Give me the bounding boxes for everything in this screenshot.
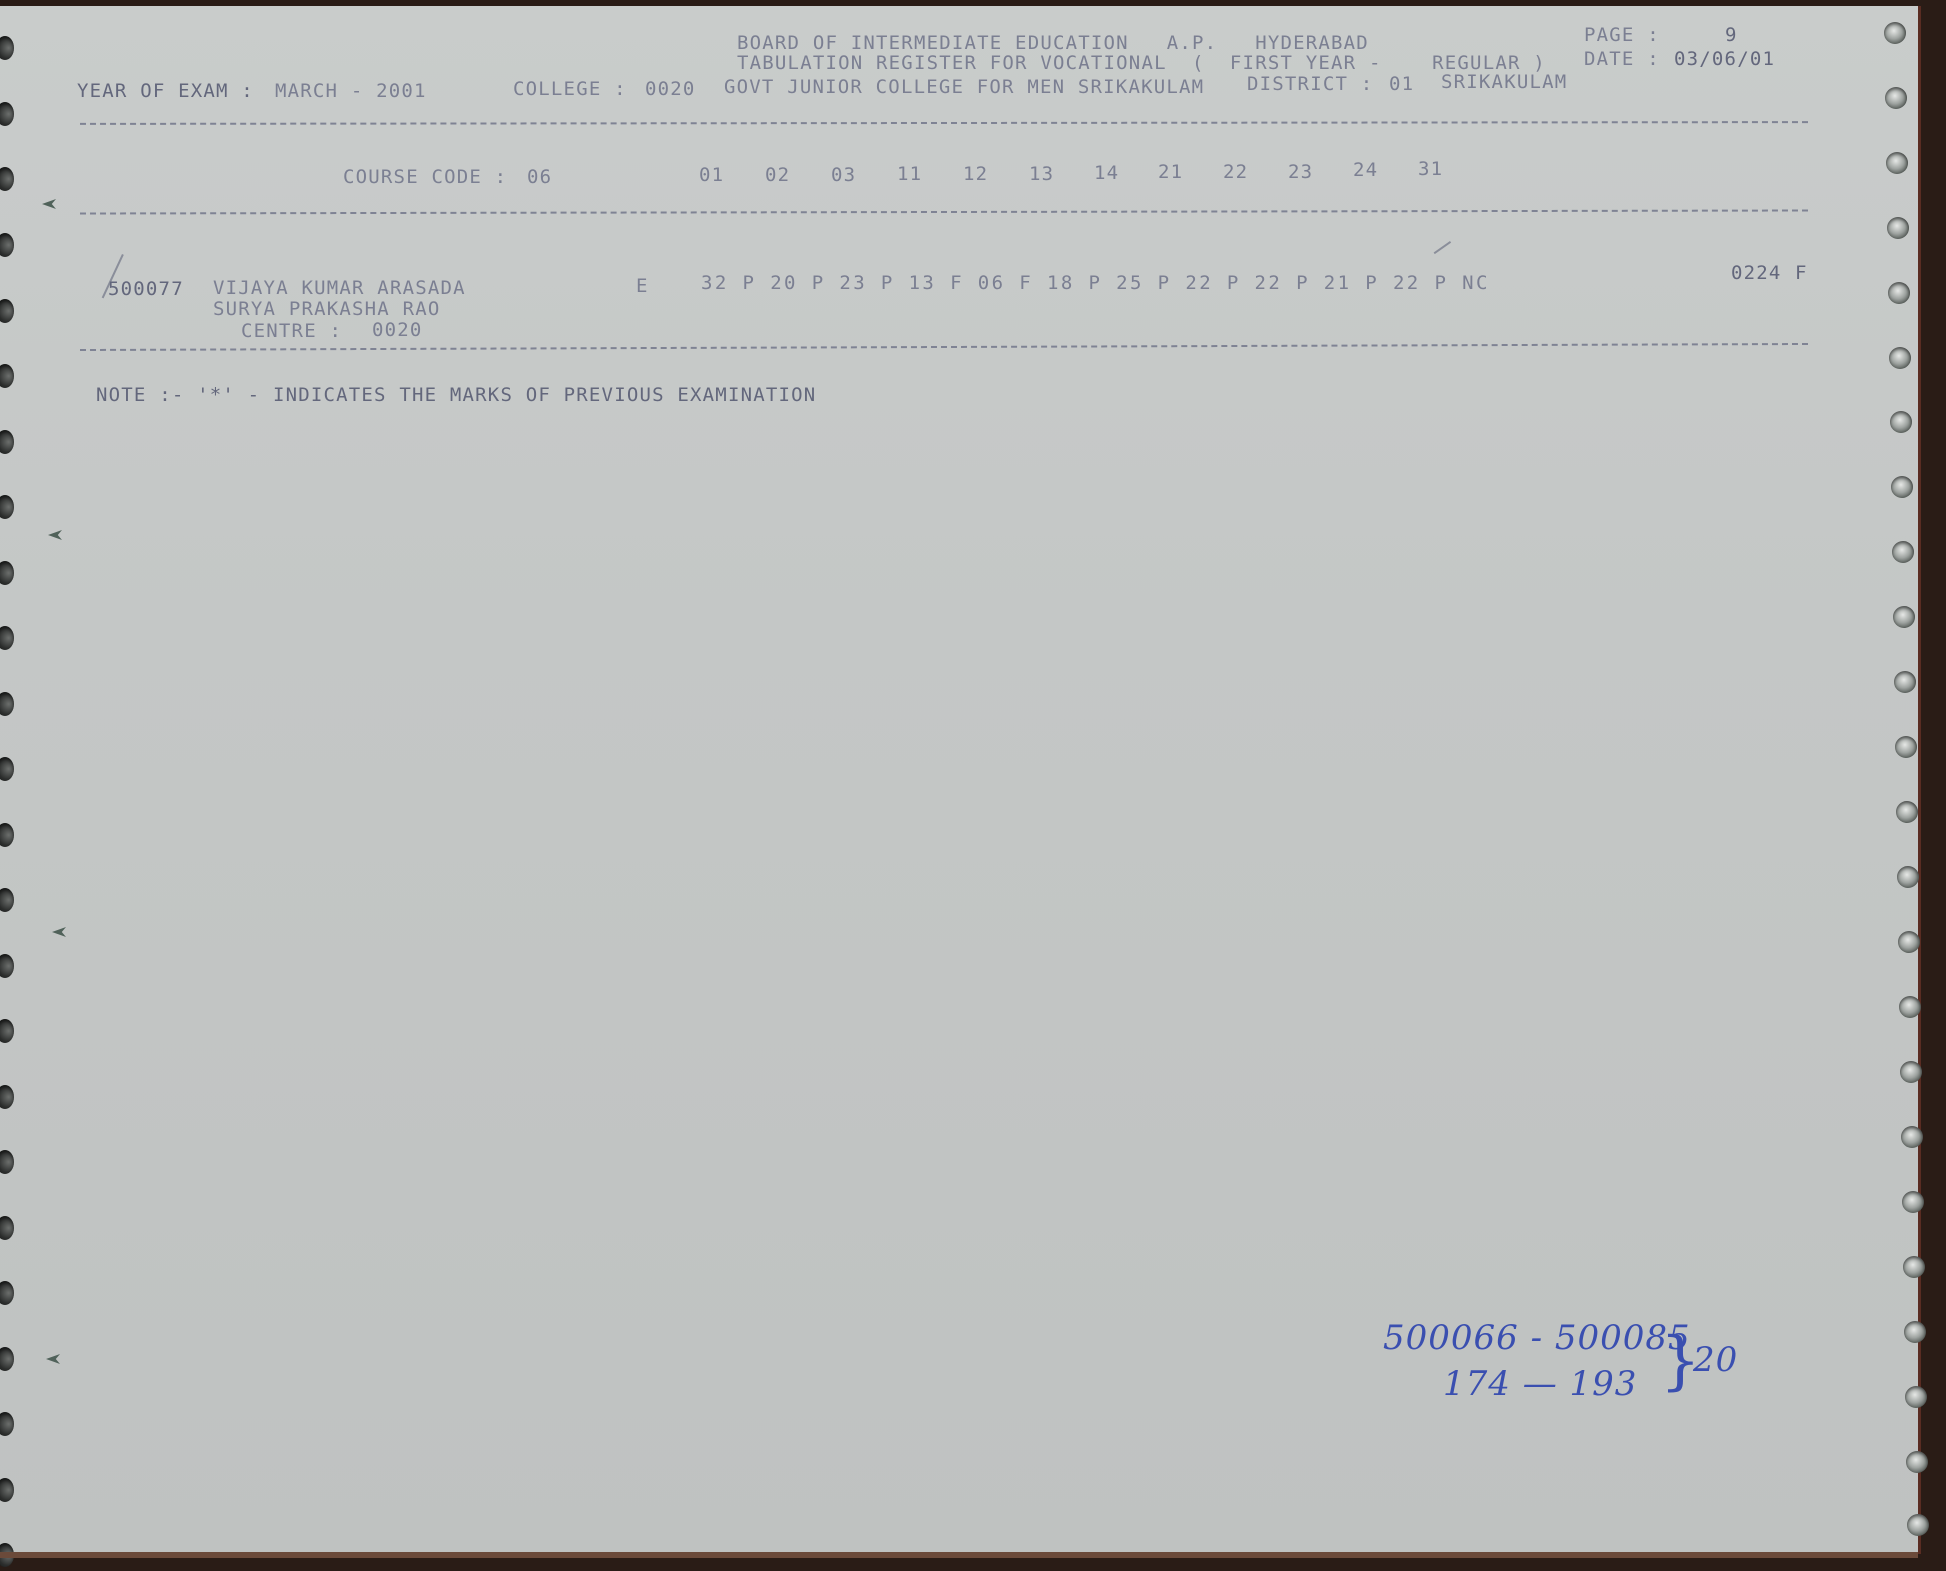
course-code-label: COURSE CODE :	[343, 166, 507, 188]
sprocket-hole	[1887, 217, 1909, 239]
sprocket-hole	[1904, 1321, 1926, 1343]
binder-pin	[48, 530, 62, 540]
page-number: 9	[1725, 24, 1738, 46]
subject-code: 01	[699, 164, 724, 186]
date-value: 03/06/01	[1674, 48, 1775, 70]
sprocket-hole	[0, 495, 14, 519]
district-label: DISTRICT :	[1247, 73, 1373, 95]
sprocket-hole	[1884, 22, 1906, 44]
handwritten-count: 20	[1693, 1340, 1738, 1380]
year-of-exam-value: MARCH - 2001	[275, 80, 427, 102]
subject-code: 31	[1418, 158, 1443, 180]
sprocket-hole	[1892, 541, 1914, 563]
college-code: 0020	[645, 78, 696, 100]
subject-code: 23	[1288, 161, 1313, 183]
sprocket-hole	[0, 299, 14, 323]
sprocket-hole	[1902, 1191, 1924, 1213]
sprocket-hole	[0, 1543, 14, 1567]
subject-code: 03	[831, 164, 856, 186]
subject-code: 24	[1353, 159, 1378, 181]
note-text: NOTE :- '*' - INDICATES THE MARKS OF PRE…	[96, 384, 816, 406]
sprocket-hole	[1905, 1386, 1927, 1408]
handwritten-range-line1: 500066 - 500085	[1383, 1318, 1691, 1358]
sprocket-hole	[1900, 1061, 1922, 1083]
sprocket-hole	[0, 954, 14, 978]
binder-pin	[52, 927, 66, 937]
pen-tick-mark	[1434, 241, 1452, 254]
sprocket-hole	[0, 1216, 14, 1240]
district-name: SRIKAKULAM	[1441, 71, 1567, 93]
total-marks: 0224	[1731, 262, 1782, 284]
date-label: DATE :	[1584, 48, 1660, 70]
handwritten-range-line2: 174 — 193	[1443, 1364, 1637, 1404]
sprocket-hole	[0, 1150, 14, 1174]
student-name: VIJAYA KUMAR ARASADA	[213, 277, 466, 299]
sprocket-hole	[1907, 1514, 1929, 1536]
sprocket-hole	[0, 1478, 14, 1502]
district-code: 01	[1389, 73, 1414, 95]
sprocket-hole	[1899, 996, 1921, 1018]
sprocket-hole	[0, 1412, 14, 1436]
sprocket-hole	[1893, 606, 1915, 628]
sprocket-hole	[1895, 736, 1917, 758]
sprocket-hole	[1901, 1126, 1923, 1148]
subject-code: 13	[1029, 163, 1054, 185]
subject-code: 22	[1223, 161, 1248, 183]
father-name: SURYA PRAKASHA RAO	[213, 298, 441, 320]
board-title: BOARD OF INTERMEDIATE EDUCATION A.P. HYD…	[737, 32, 1369, 54]
centre-code: 0020	[372, 319, 423, 341]
sprocket-hole	[1888, 282, 1910, 304]
sprocket-hole	[1894, 671, 1916, 693]
sprocket-hole	[0, 430, 14, 454]
divider-line	[80, 121, 1808, 125]
sprocket-hole	[0, 888, 14, 912]
sprocket-hole	[0, 1281, 14, 1305]
divider-line	[80, 343, 1808, 351]
sprocket-hole	[0, 1019, 14, 1043]
sprocket-hole	[1898, 931, 1920, 953]
register-title: TABULATION REGISTER FOR VOCATIONAL ( FIR…	[737, 52, 1546, 74]
sprocket-hole	[0, 364, 14, 388]
subject-code: 12	[963, 163, 988, 185]
subject-code: 02	[765, 164, 790, 186]
sprocket-hole	[0, 167, 14, 191]
sprocket-hole	[1903, 1256, 1925, 1278]
year-of-exam-label: YEAR OF EXAM :	[77, 80, 254, 102]
sprocket-hole	[1889, 347, 1911, 369]
binder-pin	[46, 1354, 60, 1364]
sprocket-hole	[0, 36, 14, 60]
sprocket-hole	[0, 626, 14, 650]
college-name: GOVT JUNIOR COLLEGE FOR MEN SRIKAKULAM	[724, 76, 1204, 98]
page-label: PAGE :	[1584, 24, 1660, 46]
sprocket-hole	[0, 102, 14, 126]
sprocket-hole	[1891, 476, 1913, 498]
sprocket-hole	[0, 561, 14, 585]
sprocket-hole	[1896, 801, 1918, 823]
centre-label: CENTRE :	[241, 320, 342, 342]
course-code-value: 06	[527, 166, 552, 188]
hall-ticket-number: 500077	[108, 278, 184, 300]
sprocket-hole	[1890, 411, 1912, 433]
sprocket-hole	[0, 757, 14, 781]
medium: E	[636, 275, 649, 297]
sprocket-hole	[0, 823, 14, 847]
sprocket-hole	[1897, 866, 1919, 888]
sprocket-hole	[1906, 1451, 1928, 1473]
sprocket-hole	[0, 1085, 14, 1109]
divider-line	[80, 209, 1808, 214]
final-result: F	[1795, 262, 1808, 284]
college-label: COLLEGE :	[513, 78, 627, 100]
subject-code: 11	[897, 163, 922, 185]
subject-code: 14	[1094, 162, 1119, 184]
sprocket-hole	[0, 233, 14, 257]
sprocket-hole	[1886, 152, 1908, 174]
subject-code: 21	[1158, 161, 1183, 183]
sprocket-hole	[0, 692, 14, 716]
binder-pin	[42, 199, 56, 209]
marks-line: 32 P 20 P 23 P 13 F 06 F 18 P 25 P 22 P …	[701, 272, 1490, 294]
sprocket-hole	[1885, 87, 1907, 109]
sprocket-hole	[0, 1347, 14, 1371]
printout-sheet: BOARD OF INTERMEDIATE EDUCATION A.P. HYD…	[0, 6, 1921, 1554]
